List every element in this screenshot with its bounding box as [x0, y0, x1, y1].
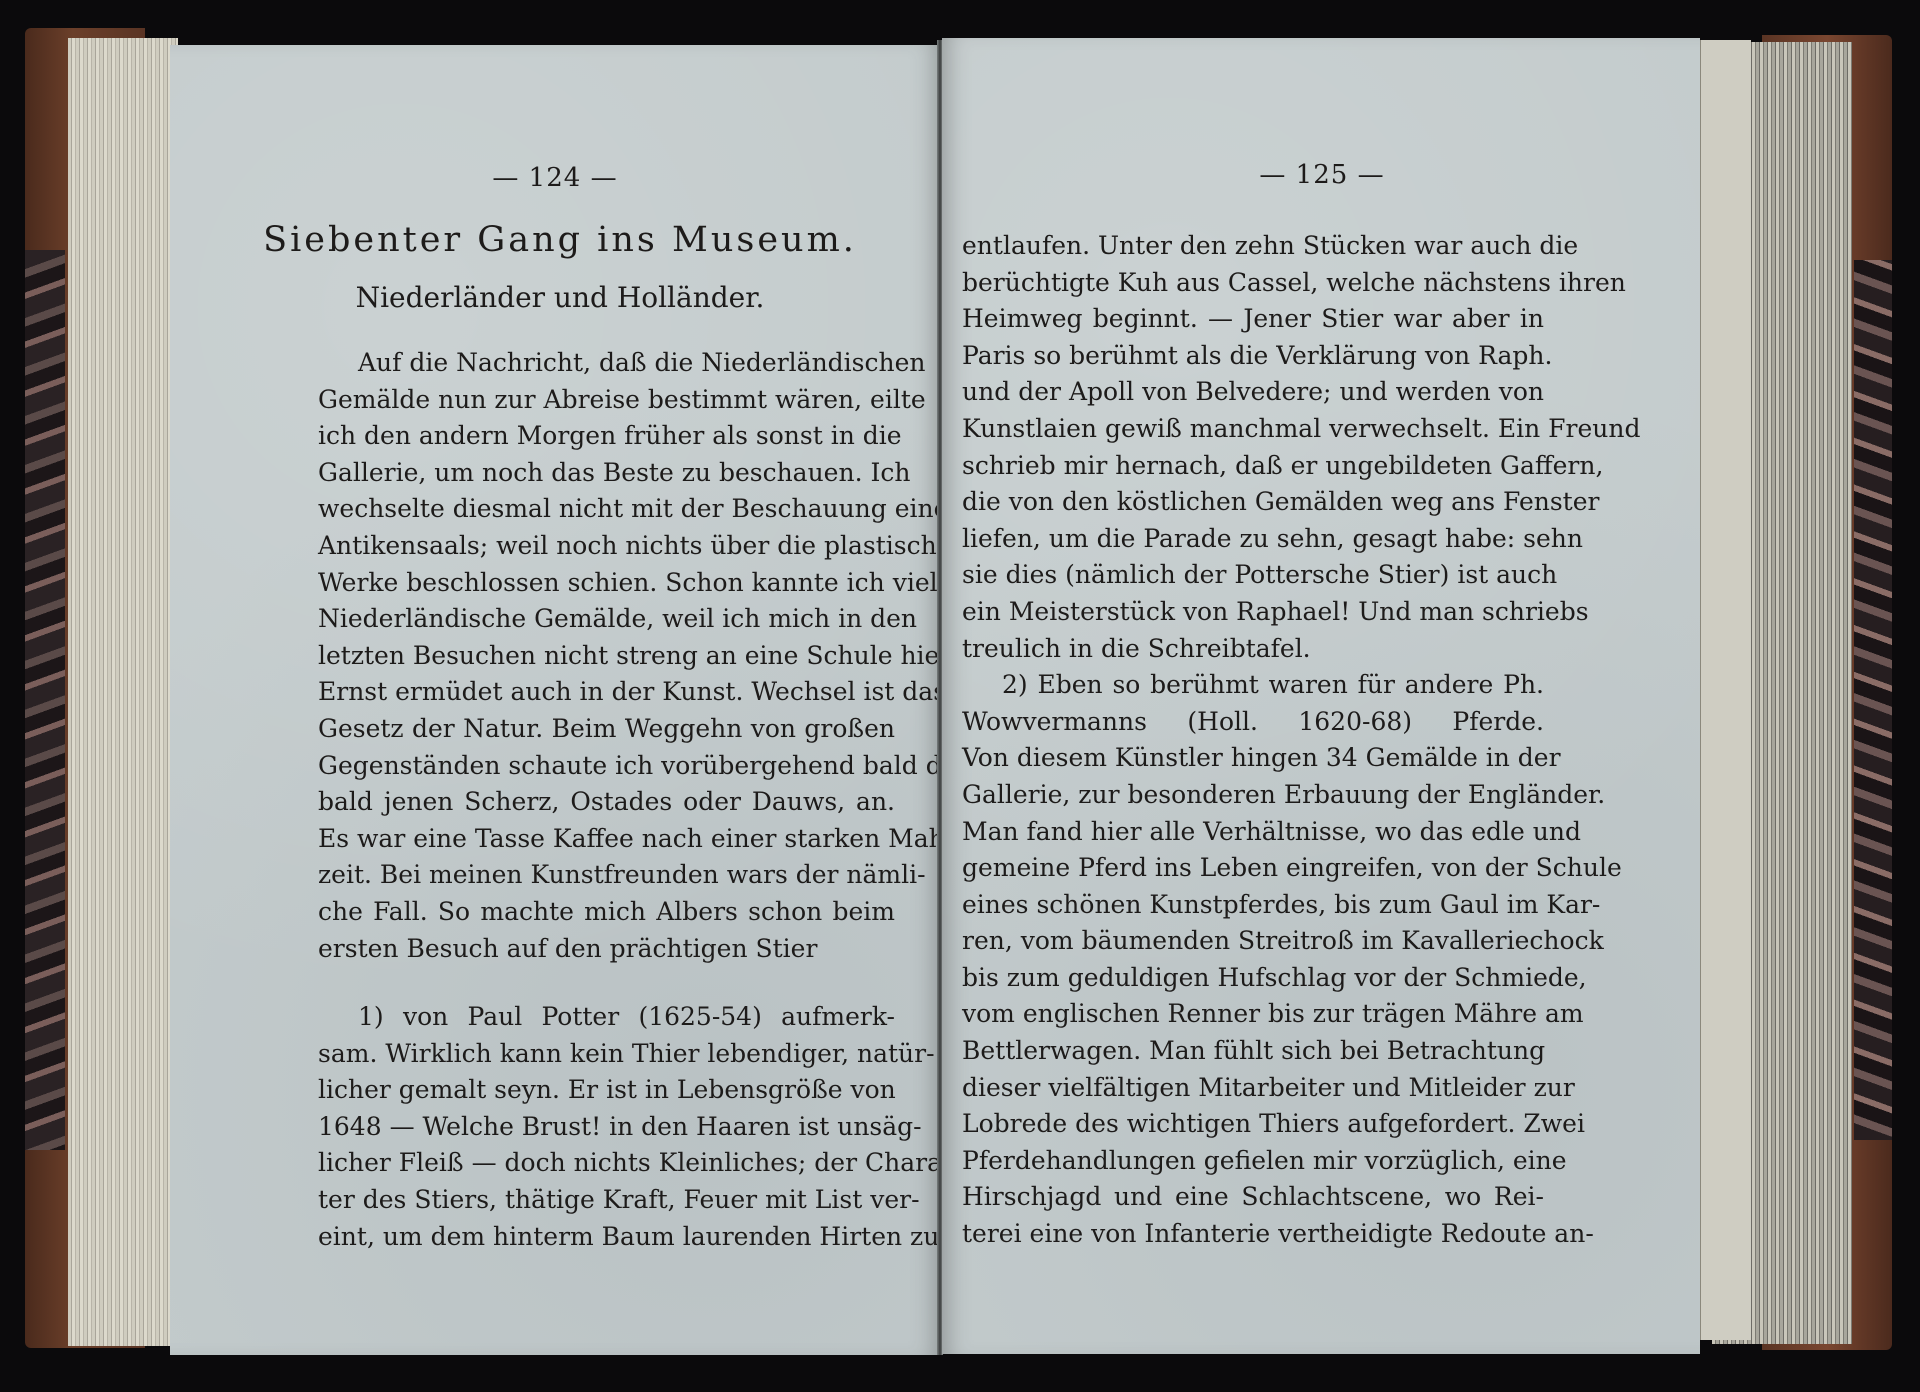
- page-edge-right: [1700, 40, 1751, 1340]
- text-line: bis zum geduldigen Hufschlag vor der Sch…: [962, 960, 1544, 997]
- page-number-124: — 124 —: [405, 163, 705, 193]
- chapter-title: Siebenter Gang ins Museum.: [210, 220, 910, 260]
- text-line: Gallerie, um noch das Beste zu beschauen…: [318, 455, 895, 492]
- page-stack-left: [68, 38, 178, 1346]
- text-line: ein Meisterstück von Raphael! Und man sc…: [962, 594, 1544, 631]
- text-line: Pferdehandlungen gefielen mir vorzüglich…: [962, 1143, 1544, 1180]
- text-line: bald jenen Scherz, Ostades oder Dauws, a…: [318, 784, 895, 821]
- text-line: Man fand hier alle Verhältnisse, wo das …: [962, 814, 1544, 851]
- text-line: die von den köstlichen Gemälden weg ans …: [962, 484, 1544, 521]
- marbled-board-right: [1854, 260, 1892, 1140]
- text-line: Ernst ermüdet auch in der Kunst. Wechsel…: [318, 674, 895, 711]
- text-line: terei eine von Infanterie vertheidigte R…: [962, 1216, 1544, 1253]
- text-line: gemeine Pferd ins Leben eingreifen, von …: [962, 850, 1544, 887]
- text-line: licher Fleiß — doch nichts Kleinliches; …: [318, 1145, 895, 1182]
- text-line: sie dies (nämlich der Pottersche Stier) …: [962, 557, 1544, 594]
- text-line: Heimweg beginnt. — Jener Stier war aber …: [962, 301, 1544, 338]
- text-line: Bettlerwagen. Man fühlt sich bei Betrach…: [962, 1033, 1544, 1070]
- text-line: Kunstlaien gewiß manchmal verwechselt. E…: [962, 411, 1544, 448]
- text-line: wechselte diesmal nicht mit der Beschauu…: [318, 491, 895, 528]
- text-line: schrieb mir hernach, daß er ungebildeten…: [962, 448, 1544, 485]
- text-line: Es war eine Tasse Kaffee nach einer star…: [318, 821, 895, 858]
- text-line: 2) Eben so berühmt waren für andere Ph.: [962, 667, 1544, 704]
- paragraph-gap: [318, 967, 895, 999]
- text-line: Antikensaals; weil noch nichts über die …: [318, 528, 895, 565]
- text-line: ren, vom bäumenden Streitroß im Kavaller…: [962, 923, 1544, 960]
- text-line: Wowvermanns (Holl. 1620-68) Pferde.: [962, 704, 1544, 741]
- text-line: vom englischen Renner bis zur trägen Mäh…: [962, 996, 1544, 1033]
- text-line: Hirschjagd und eine Schlachtscene, wo Re…: [962, 1179, 1544, 1216]
- text-line: Gesetz der Natur. Beim Weggehn von große…: [318, 711, 895, 748]
- text-line: zeit. Bei meinen Kunstfreunden wars der …: [318, 857, 895, 894]
- right-text-column: entlaufen. Unter den zehn Stücken war au…: [962, 228, 1544, 1253]
- text-line: eines schönen Kunstpferdes, bis zum Gaul…: [962, 887, 1544, 924]
- text-line: letzten Besuchen nicht streng an eine Sc…: [318, 638, 895, 675]
- text-line: ter des Stiers, thätige Kraft, Feuer mit…: [318, 1182, 895, 1219]
- text-line: berüchtigte Kuh aus Cassel, welche nächs…: [962, 265, 1544, 302]
- text-line: ich den andern Morgen früher als sonst i…: [318, 418, 895, 455]
- text-line: Werke beschlossen schien. Schon kannte i…: [318, 565, 895, 602]
- left-text-column: Auf die Nachricht, daß die Niederländisc…: [318, 345, 895, 1255]
- text-line: Gemälde nun zur Abreise bestimmt wären, …: [318, 382, 895, 419]
- text-line: ersten Besuch auf den prächtigen Stier: [318, 931, 895, 968]
- text-line: liefen, um die Parade zu sehn, gesagt ha…: [962, 521, 1544, 558]
- text-line: und der Apoll von Belvedere; und werden …: [962, 374, 1544, 411]
- left-page: — 124 — Siebenter Gang ins Museum. Niede…: [170, 45, 940, 1355]
- text-line: entlaufen. Unter den zehn Stücken war au…: [962, 228, 1544, 265]
- text-line: Auf die Nachricht, daß die Niederländisc…: [318, 345, 895, 382]
- text-line: che Fall. So machte mich Albers schon be…: [318, 894, 895, 931]
- marbled-board-left: [25, 250, 65, 1150]
- text-line: 1648 — Welche Brust! in den Haaren ist u…: [318, 1109, 895, 1146]
- text-line: licher gemalt seyn. Er ist in Lebensgröß…: [318, 1072, 895, 1109]
- text-line: dieser vielfältigen Mitarbeiter und Mitl…: [962, 1070, 1544, 1107]
- text-line: Niederländische Gemälde, weil ich mich i…: [318, 601, 895, 638]
- text-line: Gegenständen schaute ich vorübergehend b…: [318, 748, 895, 785]
- page-number-125: — 125 —: [1172, 160, 1472, 190]
- text-line: Gallerie, zur besonderen Erbauung der En…: [962, 777, 1544, 814]
- text-line: sam. Wirklich kann kein Thier lebendiger…: [318, 1036, 895, 1073]
- text-line: Von diesem Künstler hingen 34 Gemälde in…: [962, 740, 1544, 777]
- text-line: Paris so berühmt als die Verklärung von …: [962, 338, 1544, 375]
- text-line: 1) von Paul Potter (1625-54) aufmerk-: [318, 999, 895, 1036]
- chapter-subtitle: Niederländer und Holländer.: [210, 281, 910, 314]
- text-line: treulich in die Schreibtafel.: [962, 631, 1544, 668]
- right-page: — 125 — entlaufen. Unter den zehn Stücke…: [942, 38, 1700, 1354]
- text-line: Lobrede des wichtigen Thiers aufgeforder…: [962, 1106, 1544, 1143]
- text-line: eint, um dem hinterm Baum laurenden Hirt…: [318, 1219, 895, 1256]
